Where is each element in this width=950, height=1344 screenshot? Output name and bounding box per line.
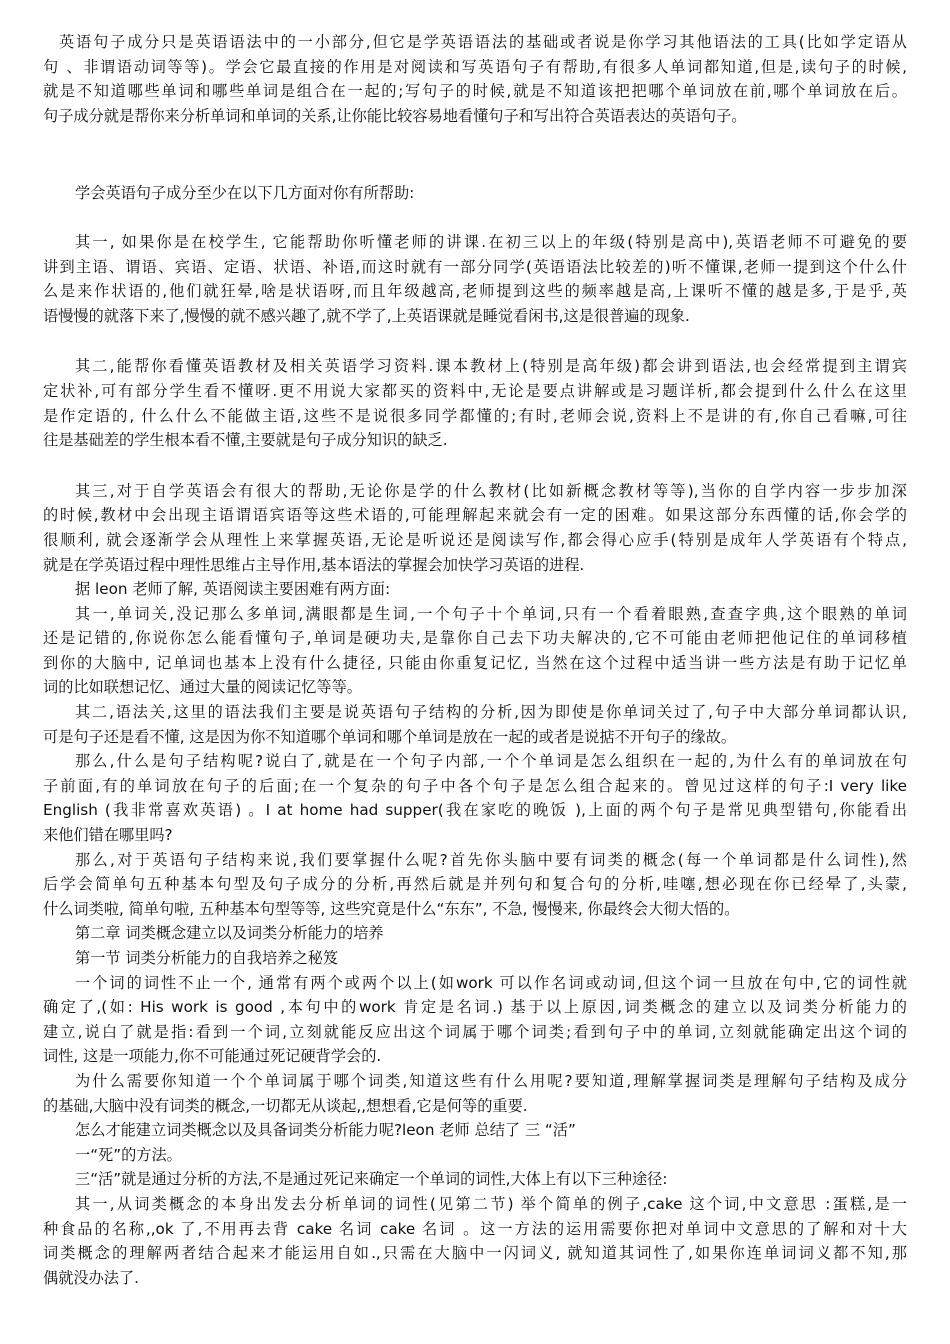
paragraph-one-dead: 一“死”的方法。 <box>43 1143 907 1168</box>
text-line: 据 leon 老师了解, 英语阅读主要困难有两方面: <box>43 577 907 602</box>
text-line: 到你的大脑中, 记单词也基本上没有什么捷径, 只能由你重复记忆, 当然在这个过程… <box>43 651 907 676</box>
text-line: 词的比如联想记忆、通过大量的阅读记忆等等。 <box>43 675 907 700</box>
text-line: 学会英语句子成分至少在以下几方面对你有所帮助: <box>43 181 907 206</box>
text-line: 其二,能帮你看懂英语教材及相关英语学习资料.课本教材上(特别是高年级)都会讲到语… <box>43 354 907 379</box>
text-line: 的基础,大脑中没有词类的概念,一切都无从谈起,,想想看,它是何等的重要. <box>43 1094 907 1119</box>
paragraph-sentence-structure: 那么,什么是句子结构呢?说白了,就是在一个句子内部,一个个单词是怎么组织在一起的… <box>43 749 907 847</box>
paragraph-benefit-3: 其三,对于自学英语会有很大的帮助,无论你是学的什么教材(比如新概念教材等等),当… <box>43 479 907 577</box>
text-line: 确定了,(如: His work is good ,本句中的work 肯定是名词… <box>43 995 907 1020</box>
text-line: 句 、非谓语动词等等)。学会它最直接的作用是对阅读和写英语句子有帮助,有很多人单… <box>43 55 907 80</box>
text-line: 词性, 这是一项能力,你不可能通过死记硬背学会的. <box>43 1044 907 1069</box>
text-line: 其一, 如果你是在校学生, 它能帮助你听懂老师的讲课.在初三以上的年级(特别是高… <box>43 230 907 255</box>
text-line: 为什么需要你知道一个个单词属于哪个词类,知道这些有什么用呢?要知道,理解掌握词类… <box>43 1069 907 1094</box>
text-line: 那么,对于英语句子结构来说,我们要掌握什么呢?首先你头脑中要有词类的概念(每一个… <box>43 848 907 873</box>
text-line: 其一,从词类概念的本身出发去分析单词的词性(见第二节) 举个简单的例子,cake… <box>43 1192 907 1217</box>
paragraph-why-word-class: 为什么需要你知道一个个单词属于哪个词类,知道这些有什么用呢?要知道,理解掌握词类… <box>43 1069 907 1118</box>
text-line: 子前面,有的单词放在句子的后面;在一个复杂的句子中各个句子是怎么组合起来的。曾见… <box>43 774 907 799</box>
paragraph-method-1: 其一,从词类概念的本身出发去分析单词的词性(见第二节) 举个简单的例子,cake… <box>43 1192 907 1290</box>
paragraph-three-live: 三“活”就是通过分析的方法,不是通过死记来确定一个单词的词性,大体上有以下三种途… <box>43 1167 907 1192</box>
text-line: 么是来作状语的,他们就狂晕,啥是状语呀,而且年级越高,老师提到这些的频率越是高,… <box>43 279 907 304</box>
text-line: 的时候,教材中会出现主语谓语宾语等这些术语的,可能理解起来就会有一定的困难。如果… <box>43 503 907 528</box>
text-line: 其二,语法关,这里的语法我们主要是说英语句子结构的分析,因为即使是你单词关过了,… <box>43 700 907 725</box>
text-line: 后学会简单句五种基本句型及句子成分的分析,再然后就是并列句和复合句的分析,哇噻,… <box>43 872 907 897</box>
text-line: 句子成分就是帮你来分析单词和单词的关系,让你能比较容易地看懂句子和写出符合英语表… <box>43 104 907 129</box>
heading-section-1: 第一节 词类分析能力的自我培养之秘笈 <box>43 946 907 971</box>
text-line: 其一,单词关,没记那么多单词,满眼都是生词,一个句子十个单词,只有一个看着眼熟,… <box>43 602 907 627</box>
paragraph-difficulty-1: 其一,单词关,没记那么多单词,满眼都是生词,一个句子十个单词,只有一个看着眼熟,… <box>43 602 907 700</box>
paragraph-what-to-master: 那么,对于英语句子结构来说,我们要掌握什么呢?首先你头脑中要有词类的概念(每一个… <box>43 848 907 922</box>
text-line: 定状补,可有部分学生看不懂呀.更不用说大家都买的资料中,无论是要点讲解或是习题详… <box>43 379 907 404</box>
paragraph-leon-intro: 据 leon 老师了解, 英语阅读主要困难有两方面: <box>43 577 907 602</box>
text-line: 怎么才能建立词类概念以及具备词类分析能力呢?leon 老师 总结了 三 “活” <box>43 1118 907 1143</box>
paragraph-difficulty-2: 其二,语法关,这里的语法我们主要是说英语句子结构的分析,因为即使是你单词关过了,… <box>43 700 907 749</box>
text-line: 种食品的名称,,ok 了,不用再去背 cake 名词 cake 名词 。这一方法… <box>43 1217 907 1242</box>
heading-chapter-2: 第二章 词类概念建立以及词类分析能力的培养 <box>43 921 907 946</box>
section-title: 第一节 词类分析能力的自我培养之秘笈 <box>43 946 907 971</box>
text-line: 往是基础差的学生根本看不懂,主要就是句子成分知识的缺乏. <box>43 428 907 453</box>
text-line: 偶就没办法了. <box>43 1266 907 1291</box>
text-line: 一个词的词性不止一个, 通常有两个或两个以上(如work 可以作名词或动词,但这… <box>43 971 907 996</box>
paragraph-intro: 英语句子成分只是英语语法中的一小部分,但它是学英语语法的基础或者说是你学习其他语… <box>43 30 907 128</box>
text-line: 什么词类啦, 简单句啦, 五种基本句型等等, 这些究竟是什么“东东”, 不急, … <box>43 897 907 922</box>
paragraph-benefit-2: 其二,能帮你看懂英语教材及相关英语学习资料.课本教材上(特别是高年级)都会讲到语… <box>43 354 907 452</box>
paragraph-how-to-build: 怎么才能建立词类概念以及具备词类分析能力呢?leon 老师 总结了 三 “活” <box>43 1118 907 1143</box>
text-line: 可是句子还是看不懂, 这是因为你不知道哪个单词和哪个单词是放在一起的或者是说掂不… <box>43 725 907 750</box>
text-line: English (我非常喜欢英语) 。I at home had supper(… <box>43 798 907 823</box>
paragraph-benefit-1: 其一, 如果你是在校学生, 它能帮助你听懂老师的讲课.在初三以上的年级(特别是高… <box>43 230 907 328</box>
text-line: 一“死”的方法。 <box>43 1143 907 1168</box>
text-line: 那么,什么是句子结构呢?说白了,就是在一个句子内部,一个个单词是怎么组织在一起的… <box>43 749 907 774</box>
document-page: 英语句子成分只是英语语法中的一小部分,但它是学英语语法的基础或者说是你学习其他语… <box>43 30 907 1290</box>
text-line: 英语句子成分只是英语语法中的一小部分,但它是学英语语法的基础或者说是你学习其他语… <box>43 30 907 55</box>
text-line: 语慢慢的就落下来了,慢慢的就不感兴趣了,就不学了,上英语课就是睡觉看闲书,这是很… <box>43 304 907 329</box>
text-line: 建立,说白了就是指:看到一个词,立刻就能反应出这个词属于哪个词类;看到句子中的单… <box>43 1020 907 1045</box>
text-line: 其三,对于自学英语会有很大的帮助,无论你是学的什么教材(比如新概念教材等等),当… <box>43 479 907 504</box>
text-line: 是作定语的, 什么什么不能做主语,这些不是说很多同学都懂的;有时,老师会说,资料… <box>43 404 907 429</box>
text-line: 还是记错的,你说你怎么能看懂句子,单词是硬功夫,是靠你自己去下功夫解决的,它不可… <box>43 626 907 651</box>
chapter-title: 第二章 词类概念建立以及词类分析能力的培养 <box>43 921 907 946</box>
text-line: 很顺利, 就会逐渐学会从理性上来掌握英语,无论是听说还是阅读写作,都会得心应手(… <box>43 528 907 553</box>
text-line: 词类概念的理解两者结合起来才能运用自如.,只需在大脑中一闪词义, 就知道其词性了… <box>43 1241 907 1266</box>
text-line: 就是不知道哪些单词和哪些单词是组合在一起的;写句子的时候,就是不知道该把把哪个单… <box>43 79 907 104</box>
paragraph-word-class: 一个词的词性不止一个, 通常有两个或两个以上(如work 可以作名词或动词,但这… <box>43 971 907 1069</box>
text-line: 就是在学英语过程中理性思维占主导作用,基本语法的掌握会加快学习英语的进程. <box>43 553 907 578</box>
text-line: 来他们错在哪里吗? <box>43 823 907 848</box>
text-line: 三“活”就是通过分析的方法,不是通过死记来确定一个单词的词性,大体上有以下三种途… <box>43 1167 907 1192</box>
text-line: 讲到主语、谓语、宾语、定语、状语、补语,而这时就有一部分同学(英语语法比较差的)… <box>43 255 907 280</box>
paragraph-benefits-intro: 学会英语句子成分至少在以下几方面对你有所帮助: <box>43 181 907 206</box>
